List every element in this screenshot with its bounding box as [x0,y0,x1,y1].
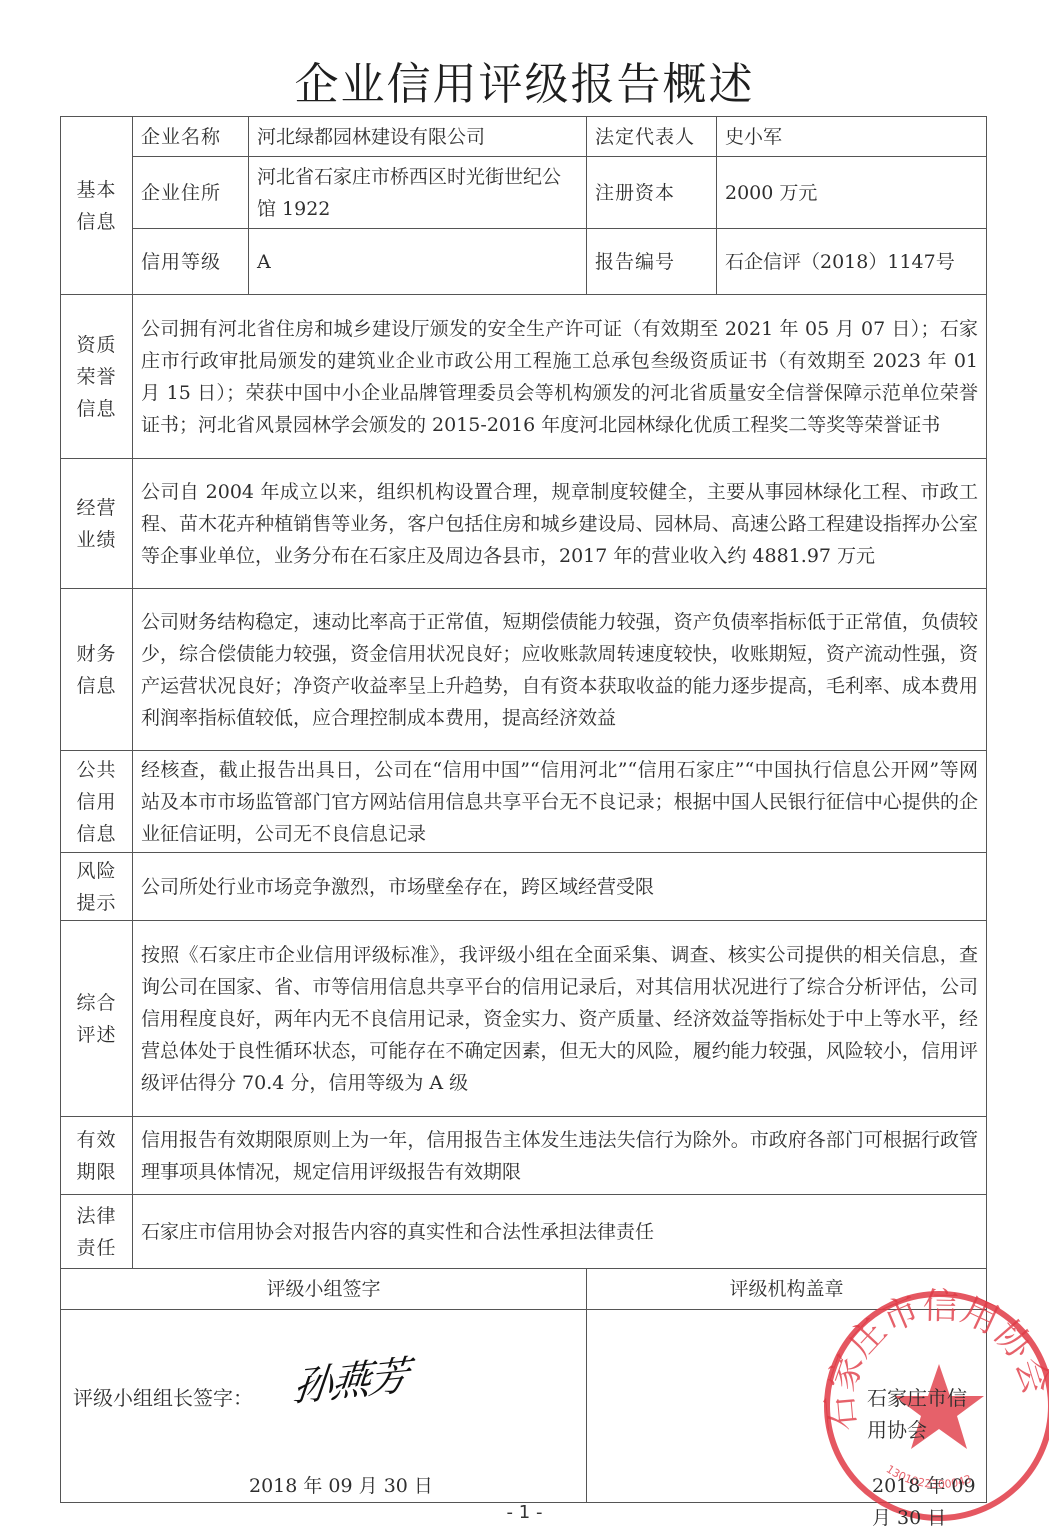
report-title: 企业信用评级报告概述 [0,48,1049,112]
leader-signature: 孙燕芳 [292,1360,409,1404]
qualification-text: 公司拥有河北省住房和城乡建设厅颁发的安全生产许可证（有效期至 2021 年 05… [133,295,987,459]
company-name-label: 企业名称 [133,117,249,157]
org-date: 2018 年 09 月 30 日 [872,1470,986,1534]
legal-rep-value: 史小军 [717,117,987,157]
team-signature-header: 评级小组签字 [61,1269,587,1310]
org-name: 石家庄市信用协会 [867,1382,986,1446]
risk-text: 公司所处行业市场竞争激烈，市场壁垒存在，跨区域经营受限 [133,853,987,921]
capital-label: 注册资本 [587,157,717,229]
public-credit-text: 经核查，截止报告出具日，公司在“信用中国”“信用河北”“信用石家庄”“中国执行信… [133,751,987,853]
capital-value: 2000 万元 [717,157,987,229]
financial-text: 公司财务结构稳定，速动比率高于正常值，短期偿债能力较强，资产负债率指标低于正常值… [133,589,987,751]
validity-label: 有效期限 [61,1117,133,1195]
financial-label: 财务信息 [61,589,133,751]
report-table: 基本信息 企业名称 河北绿都园林建设有限公司 法定代表人 史小军 企业住所 河北… [60,116,987,1503]
performance-text: 公司自 2004 年成立以来，组织机构设置合理，规章制度较健全，主要从事园林绿化… [133,459,987,589]
validity-text: 信用报告有效期限原则上为一年，信用报告主体发生违法失信行为除外。市政府各部门可根… [133,1117,987,1195]
address-value: 河北省石家庄市桥西区时光街世纪公馆 1922 [249,157,587,229]
legal-label: 法律责任 [61,1195,133,1269]
basic-info-label: 基本信息 [61,117,133,295]
credit-grade-label: 信用等级 [133,229,249,295]
report-no-value: 石企信评（2018）1147号 [717,229,987,295]
legal-text: 石家庄市信用协会对报告内容的真实性和合法性承担法律责任 [133,1195,987,1269]
org-seal-cell: 石家庄市信用协会 1301022300043 石家庄市信用协会 2018 年 0… [587,1310,987,1503]
address-label: 企业住所 [133,157,249,229]
summary-label: 综合评述 [61,921,133,1117]
credit-grade-value: A [249,229,587,295]
public-credit-label: 公共信用信息 [61,751,133,853]
leader-signature-label: 评级小组组长签字： [73,1382,253,1414]
legal-rep-label: 法定代表人 [587,117,717,157]
risk-label: 风险提示 [61,853,133,921]
summary-text: 按照《石家庄市企业信用评级标准》，我评级小组在全面采集、调查、核实公司提供的相关… [133,921,987,1117]
qualification-label: 资质荣誉信息 [61,295,133,459]
company-name-value: 河北绿都园林建设有限公司 [249,117,587,157]
team-signature-cell: 评级小组组长签字： 孙燕芳 2018 年 09 月 30 日 [61,1310,587,1503]
report-no-label: 报告编号 [587,229,717,295]
performance-label: 经营业绩 [61,459,133,589]
team-date: 2018 年 09 月 30 日 [249,1470,433,1502]
